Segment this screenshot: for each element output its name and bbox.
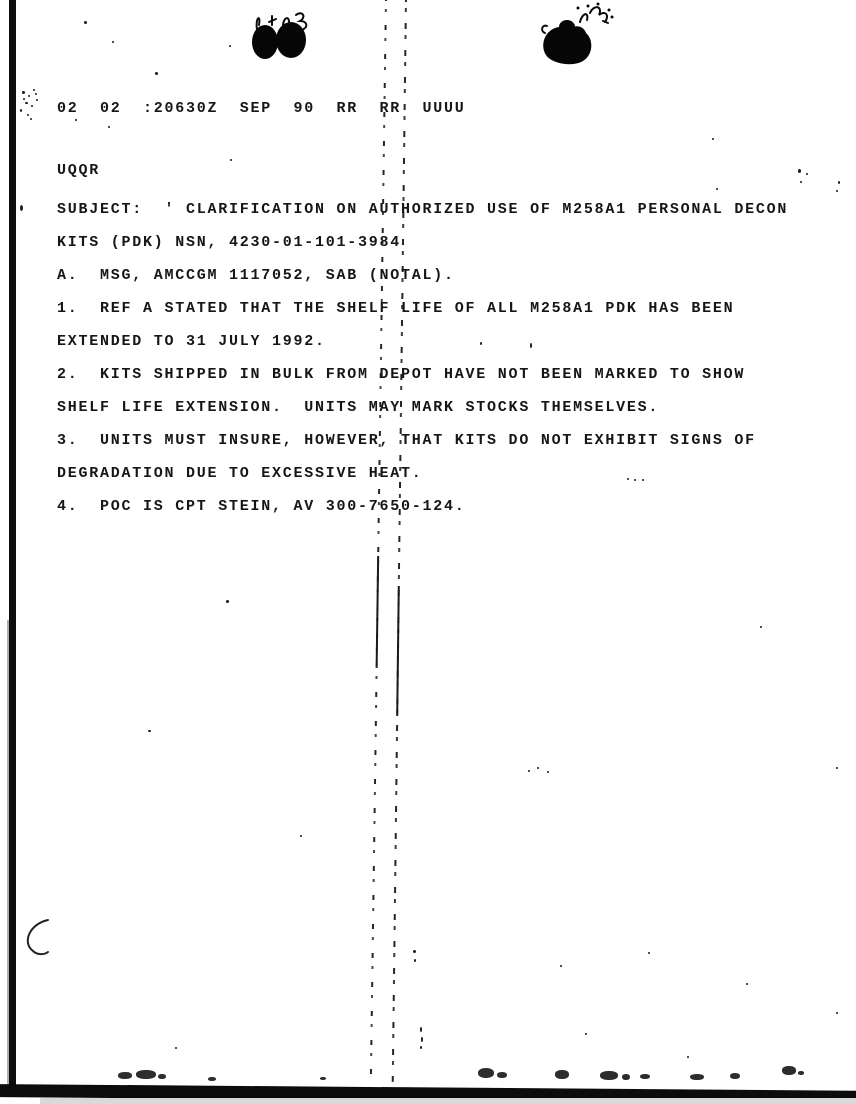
para-3-line-1: 3. UNITS MUST INSURE, HOWEVER, THAT KITS… — [57, 433, 756, 449]
para-2-line-2: SHELF LIFE EXTENSION. UNITS MAY MARK STO… — [57, 400, 659, 416]
scanned-document-page: 02 02 :20630Z SEP 90 RR RR UUUU UQQR SUB… — [0, 0, 856, 1104]
subject-line-2: KITS (PDK) NSN, 4230-01-101-3984 — [57, 235, 401, 251]
reference-a-line: A. MSG, AMCCGM 1117052, SAB (NOTAL). — [57, 268, 455, 284]
para-2-line-1: 2. KITS SHIPPED IN BULK FROM DEPOT HAVE … — [57, 367, 745, 383]
para-4-line: 4. POC IS CPT STEIN, AV 300-7650-124. — [57, 499, 466, 515]
message-text-layer: 02 02 :20630Z SEP 90 RR RR UUUU UQQR SUB… — [0, 0, 856, 1104]
dtg-header-line: 02 02 :20630Z SEP 90 RR RR UUUU — [57, 101, 466, 117]
para-1-line-1: 1. REF A STATED THAT THE SHELF LIFE OF A… — [57, 301, 734, 317]
para-3-line-2: DEGRADATION DUE TO EXCESSIVE HEAT. — [57, 466, 423, 482]
para-1-line-2: EXTENDED TO 31 JULY 1992. — [57, 334, 326, 350]
format-line: UQQR — [57, 163, 100, 179]
subject-line-1: SUBJECT: ' CLARIFICATION ON AUTHORIZED U… — [57, 202, 788, 218]
